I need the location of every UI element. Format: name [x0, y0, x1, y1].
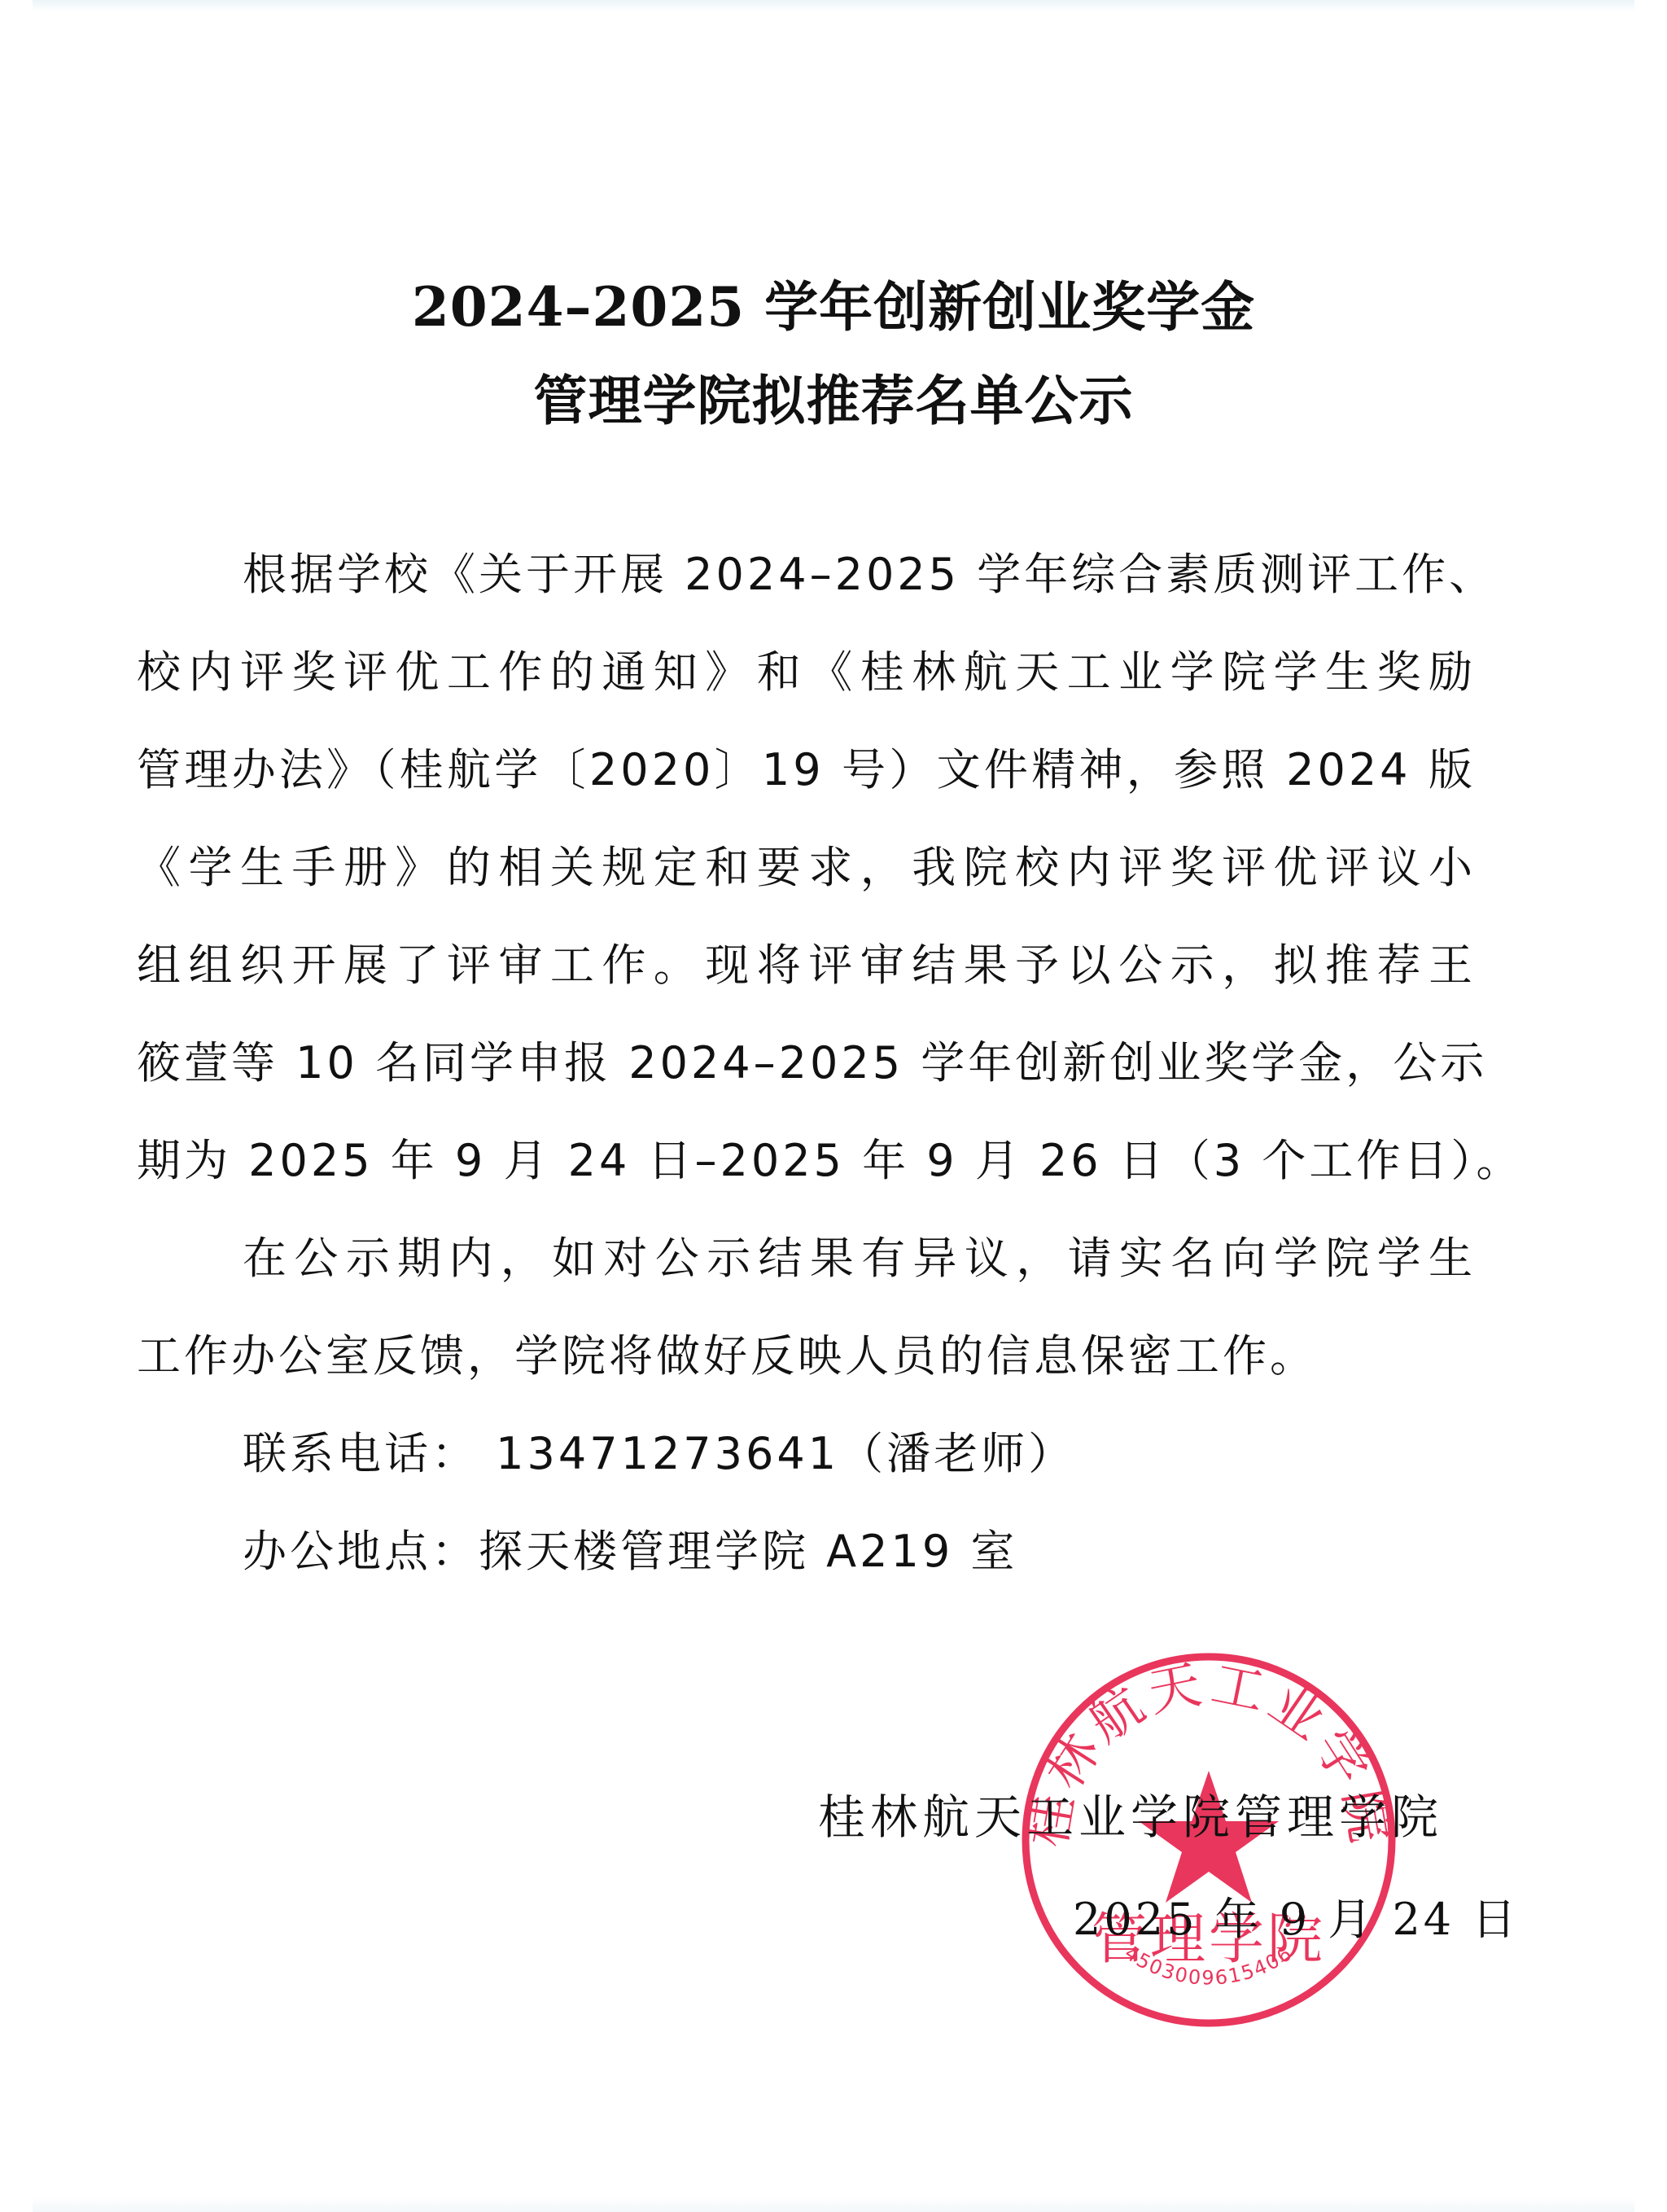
contact-office-value: 探天楼管理学院 A219 室	[479, 1526, 1017, 1577]
paragraph-line: 校内评奖评优工作的通知》和《桂林航天工业学院学生奖励	[137, 624, 1476, 721]
paragraph-announcement: 根据学校《关于开展 2024–2025 学年综合素质测评工作、 校内评奖评优工作…	[137, 526, 1476, 1210]
paragraph-line: 筱萱等 10 名同学申报 2024–2025 学年创新创业奖学金，公示	[137, 1014, 1476, 1112]
paragraph-objection-notice: 在公示期内，如对公示结果有异议，请实名向学院学生 工作办公室反馈，学院将做好反映…	[137, 1210, 1476, 1405]
contact-office-line: 办公地点：探天楼管理学院 A219 室	[137, 1503, 1476, 1601]
paragraph-line: 期为 2025 年 9 月 24 日–2025 年 9 月 26 日（3 个工作…	[137, 1112, 1476, 1210]
paragraph-line: 根据学校《关于开展 2024–2025 学年综合素质测评工作、	[137, 526, 1476, 624]
signature-organization: 桂林航天工业学院管理学院	[818, 1779, 1443, 1847]
scan-artifact-bottom	[33, 2197, 1634, 2212]
paragraph-line: 《学生手册》的相关规定和要求，我院校内评奖评优评议小	[137, 819, 1476, 917]
contact-office: 办公地点：探天楼管理学院 A219 室	[137, 1503, 1476, 1601]
contact-phone-line: 联系电话： 13471273641（潘老师）	[137, 1405, 1476, 1503]
scan-artifact-top	[33, 0, 1634, 11]
document-title-line-1: 2024–2025 学年创新创业奖学金	[0, 264, 1667, 341]
contact-office-label: 办公地点：	[243, 1526, 479, 1577]
paragraph-line: 管理办法》（桂航学〔2020〕19 号）文件精神，参照 2024 版	[137, 721, 1476, 819]
signature-date: 2025 年 9 月 24 日	[1073, 1885, 1519, 1947]
paragraph-line: 在公示期内，如对公示结果有异议，请实名向学院学生	[137, 1210, 1476, 1307]
contact-phone-label: 联系电话：	[243, 1428, 479, 1479]
contact-phone: 联系电话： 13471273641（潘老师）	[137, 1405, 1476, 1503]
paragraph-line: 组组织开展了评审工作。现将评审结果予以公示，拟推荐王	[137, 917, 1476, 1014]
paragraph-line: 工作办公室反馈，学院将做好反映人员的信息保密工作。	[137, 1307, 1476, 1405]
document-title-line-2: 管理学院拟推荐名单公示	[0, 357, 1667, 435]
contact-phone-value: 13471273641（潘老师）	[496, 1428, 1075, 1479]
